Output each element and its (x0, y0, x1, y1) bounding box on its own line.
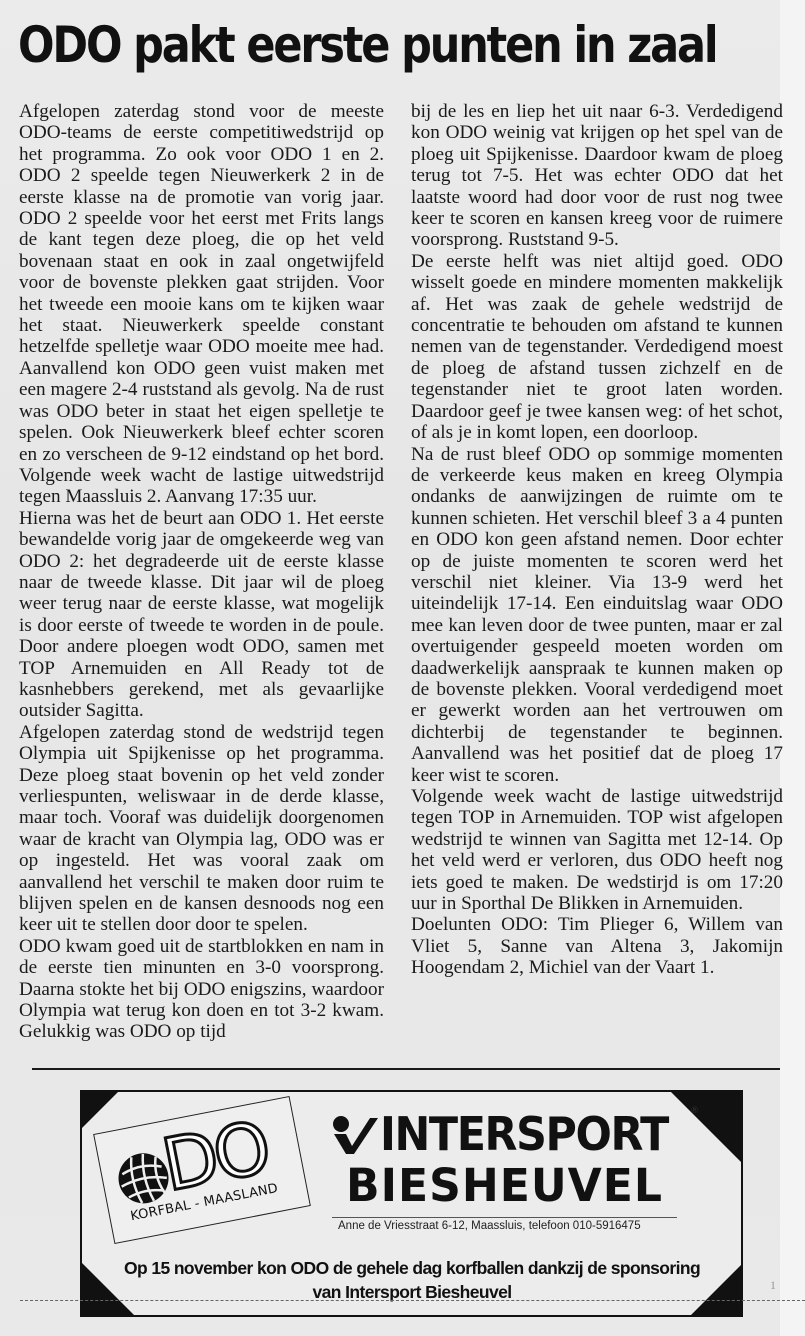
corner-decoration (82, 1092, 118, 1128)
odo-club-logo: DO KORFBAL - MAASLAND (93, 1096, 311, 1244)
paragraph: Afgelopen zaterdag stond de wedstrijd te… (19, 722, 384, 936)
sponsor-advertisement: DO KORFBAL - MAASLAND INTERSPORT ® BIESH… (80, 1090, 743, 1317)
intersport-brand: INTERSPORT (380, 1104, 668, 1164)
paragraph: bij de les en liep het uit naar 6-3. Ver… (411, 101, 783, 251)
store-name: BIESHEUVEL (346, 1158, 663, 1214)
paragraph: Afgelopen zaterdag stond voor de meeste … (19, 101, 384, 508)
article-column-left: Afgelopen zaterdag stond voor de meeste … (19, 101, 384, 1043)
store-address: Anne de Vriesstraat 6-12, Maassluis, tel… (338, 1220, 641, 1232)
section-divider (32, 1068, 780, 1070)
intersport-logo-mark (332, 1114, 378, 1154)
cut-line (20, 1300, 805, 1301)
registered-mark: ® (690, 1106, 699, 1116)
paragraph: Hierna was het de beurt aan ODO 1. Het e… (19, 508, 384, 722)
paragraph: De eerste helft was niet altijd goed. OD… (411, 251, 783, 444)
sponsor-message: Op 15 november kon ODO de gehele dag kor… (122, 1256, 702, 1304)
page-fragment: 1 (770, 1278, 776, 1293)
address-divider (332, 1217, 677, 1218)
paragraph: Volgende week wacht de lastige uitwedstr… (411, 786, 783, 914)
paragraph: ODO kwam goed uit de startblokken en nam… (19, 936, 384, 1043)
article-column-right: bij de les en liep het uit naar 6-3. Ver… (411, 101, 783, 979)
paragraph: Na de rust bleef ODO op sommige momenten… (411, 444, 783, 787)
page-margin (780, 0, 805, 1336)
headline: ODO pakt eerste punten in zaal (18, 10, 672, 80)
paragraph: Doelunten ODO: Tim Plieger 6, Willem van… (411, 914, 783, 978)
